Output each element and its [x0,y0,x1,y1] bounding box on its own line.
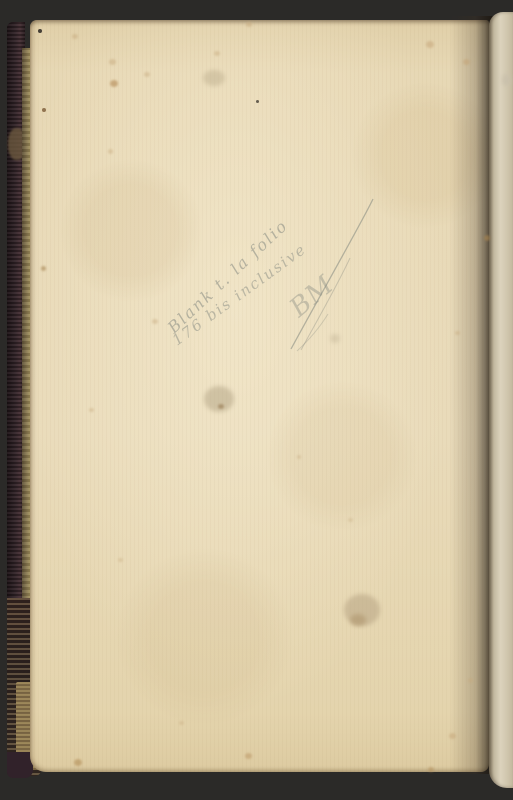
book-photo: Blank t. la folio 176 bis inclusive BM [0,0,513,800]
blank-verso-page [30,20,489,772]
recto-page-edge [489,12,513,788]
paper-mottle-texture [30,20,489,772]
